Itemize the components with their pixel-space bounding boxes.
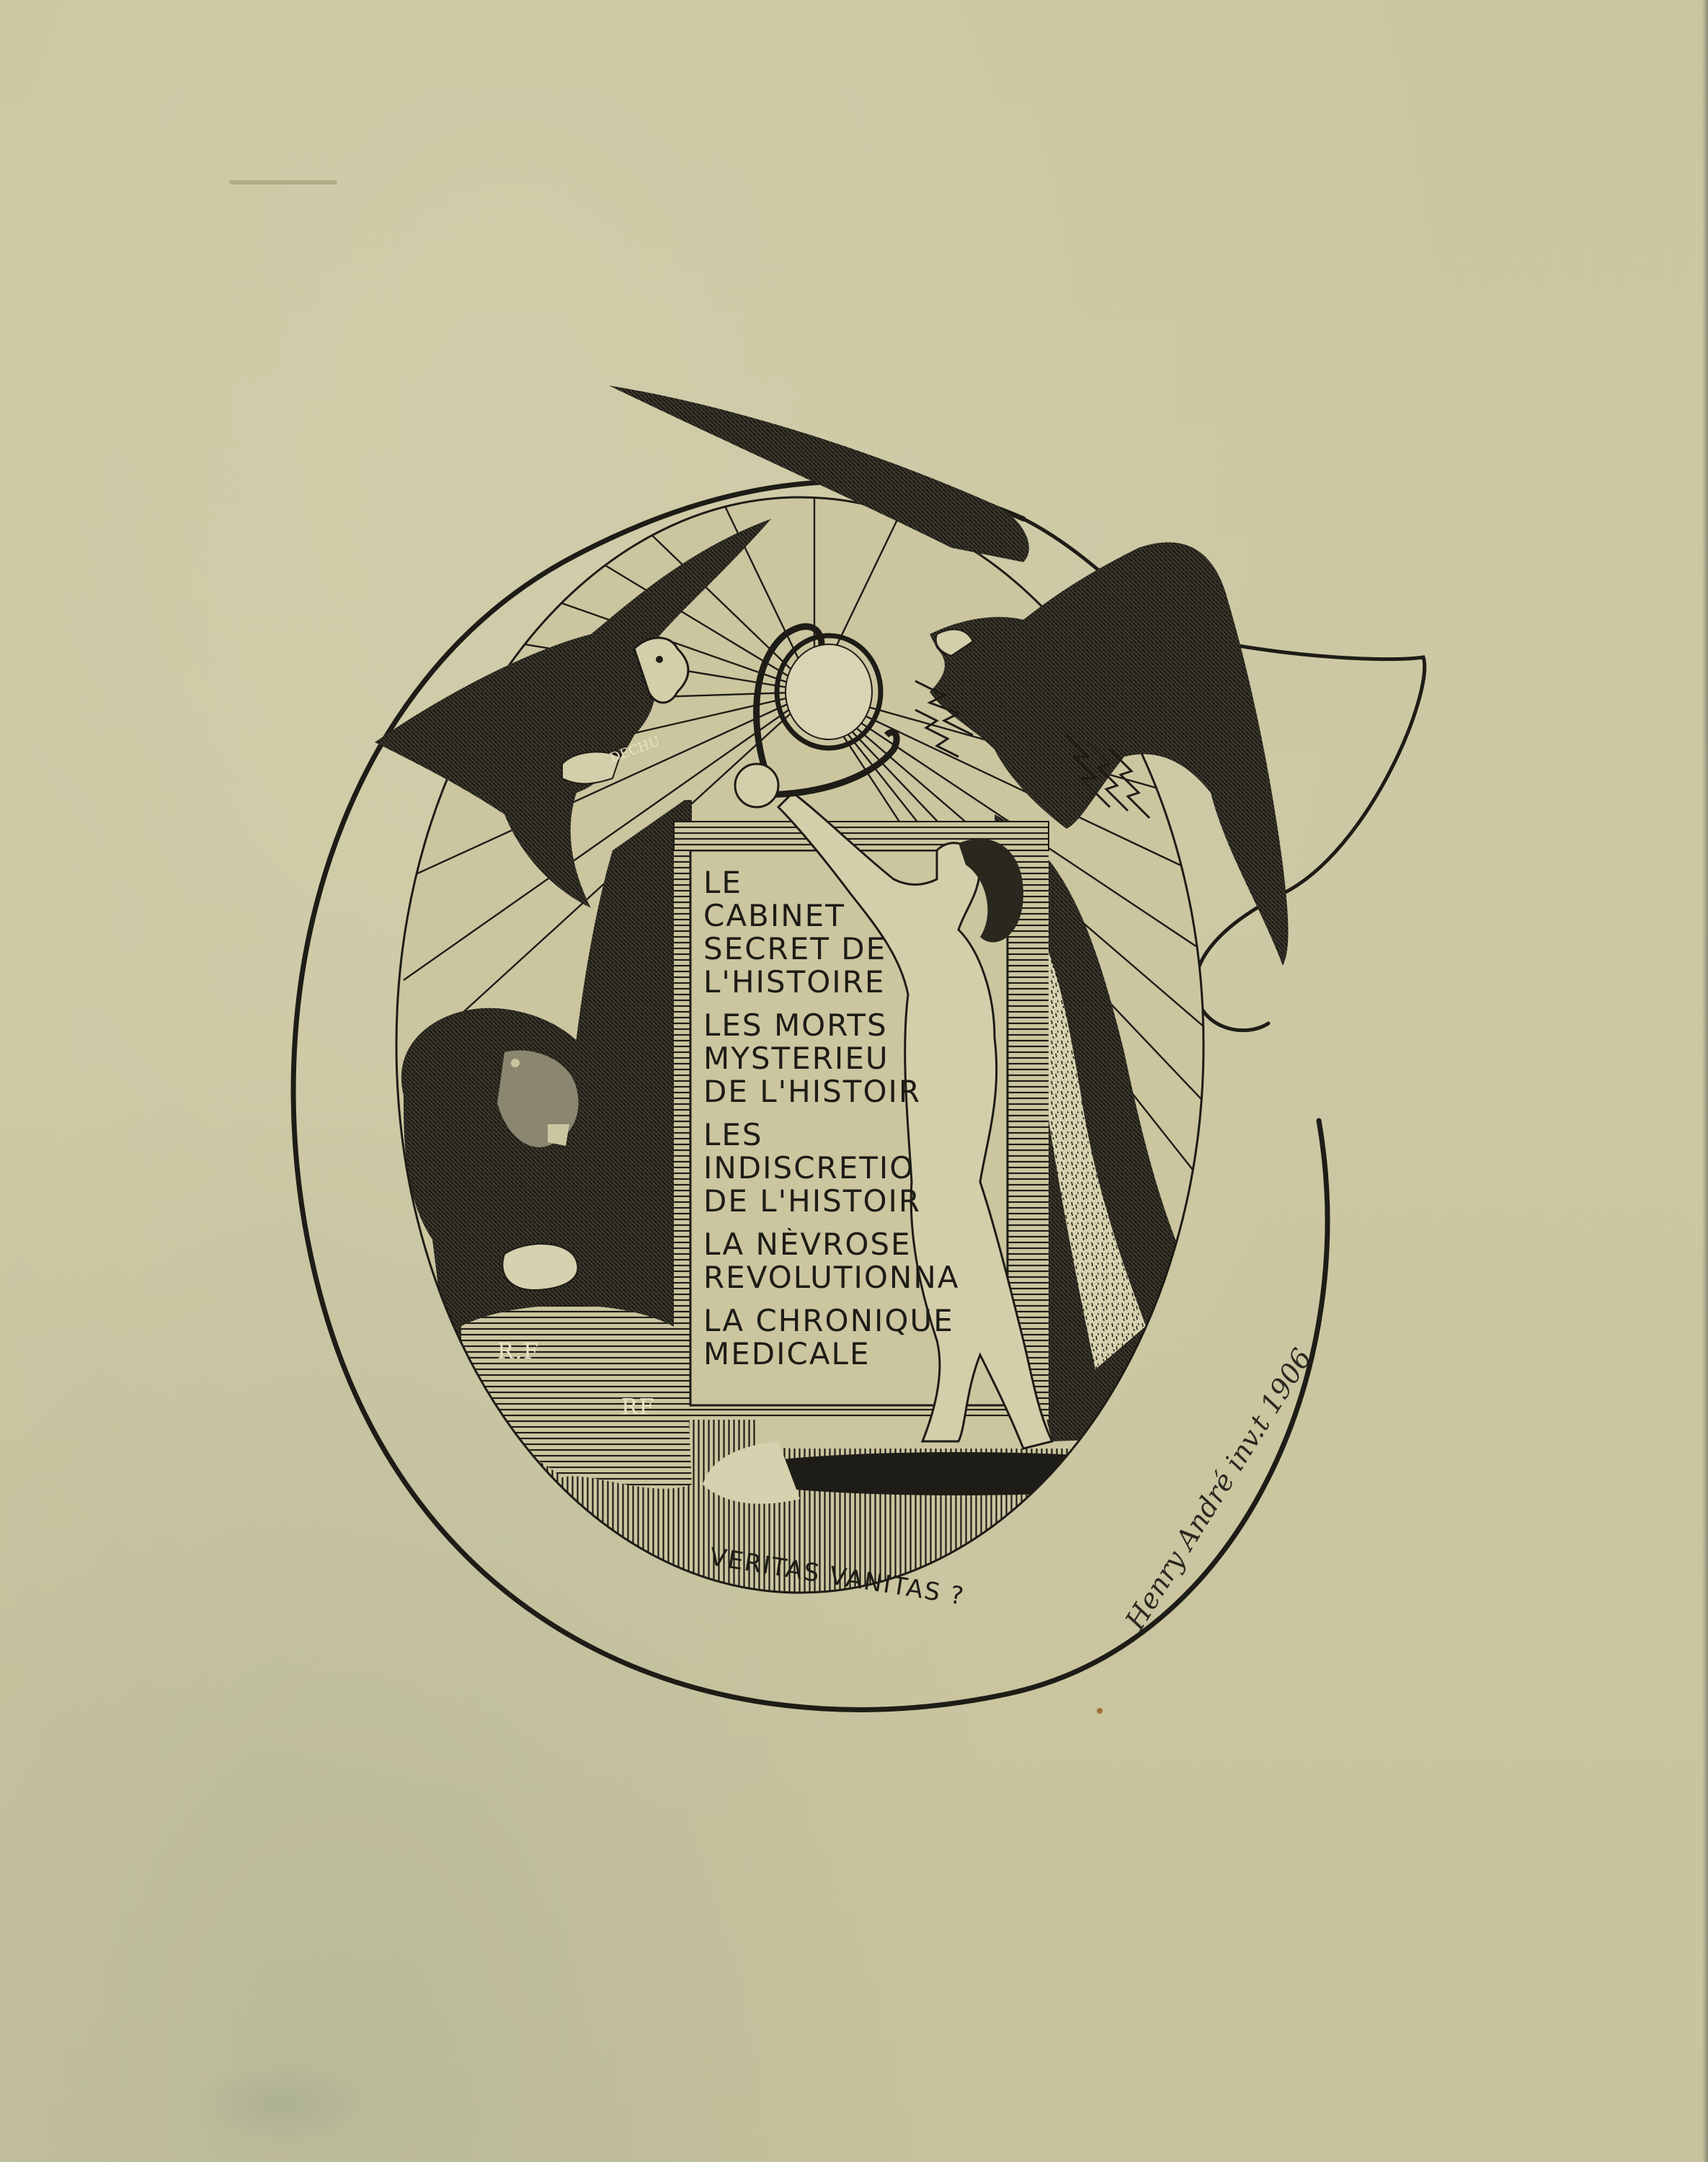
- tablet-line: INDISCRETIO: [703, 1152, 977, 1185]
- tablet-line: LA NÈVROSE: [703, 1228, 977, 1261]
- tablet-inscription: LE CABINET SECRET DE L'HISTOIRE LES MORT…: [703, 866, 977, 1381]
- title-group-1: LE CABINET SECRET DE L'HISTOIRE: [703, 866, 977, 999]
- tablet-line: CABINET: [703, 899, 977, 933]
- tablet-line: REVOLUTIONNA: [703, 1261, 977, 1294]
- tablet-line: MEDICALE: [703, 1338, 977, 1371]
- tablet-line: LES: [703, 1118, 977, 1152]
- tablet-line: LE: [703, 866, 977, 899]
- tablet-line: SECRET DE: [703, 933, 977, 966]
- title-group-3: LES INDISCRETIO DE L'HISTOIR: [703, 1118, 977, 1218]
- rf-drape: [461, 1305, 692, 1489]
- tablet-line: DE L'HISTOIR: [703, 1075, 977, 1108]
- title-group-2: LES MORTS MYSTERIEU DE L'HISTOIR: [703, 1009, 977, 1108]
- drape-mark-rf: R.F: [497, 1339, 540, 1364]
- drape-mark-rf: RF: [621, 1394, 655, 1420]
- tablet-line: L'HISTOIRE: [703, 966, 977, 999]
- title-group-4: LA NÈVROSE REVOLUTIONNA: [703, 1228, 977, 1294]
- paper-sheet: LE CABINET SECRET DE L'HISTOIRE LES MORT…: [0, 0, 1708, 2162]
- tablet-line: MYSTERIEU: [703, 1042, 977, 1075]
- tablet-line: LA CHRONIQUE: [703, 1304, 977, 1338]
- title-group-5: LA CHRONIQUE MEDICALE: [703, 1304, 977, 1371]
- tablet-line: LES MORTS: [703, 1009, 977, 1042]
- tablet-line: DE L'HISTOIR: [703, 1185, 977, 1218]
